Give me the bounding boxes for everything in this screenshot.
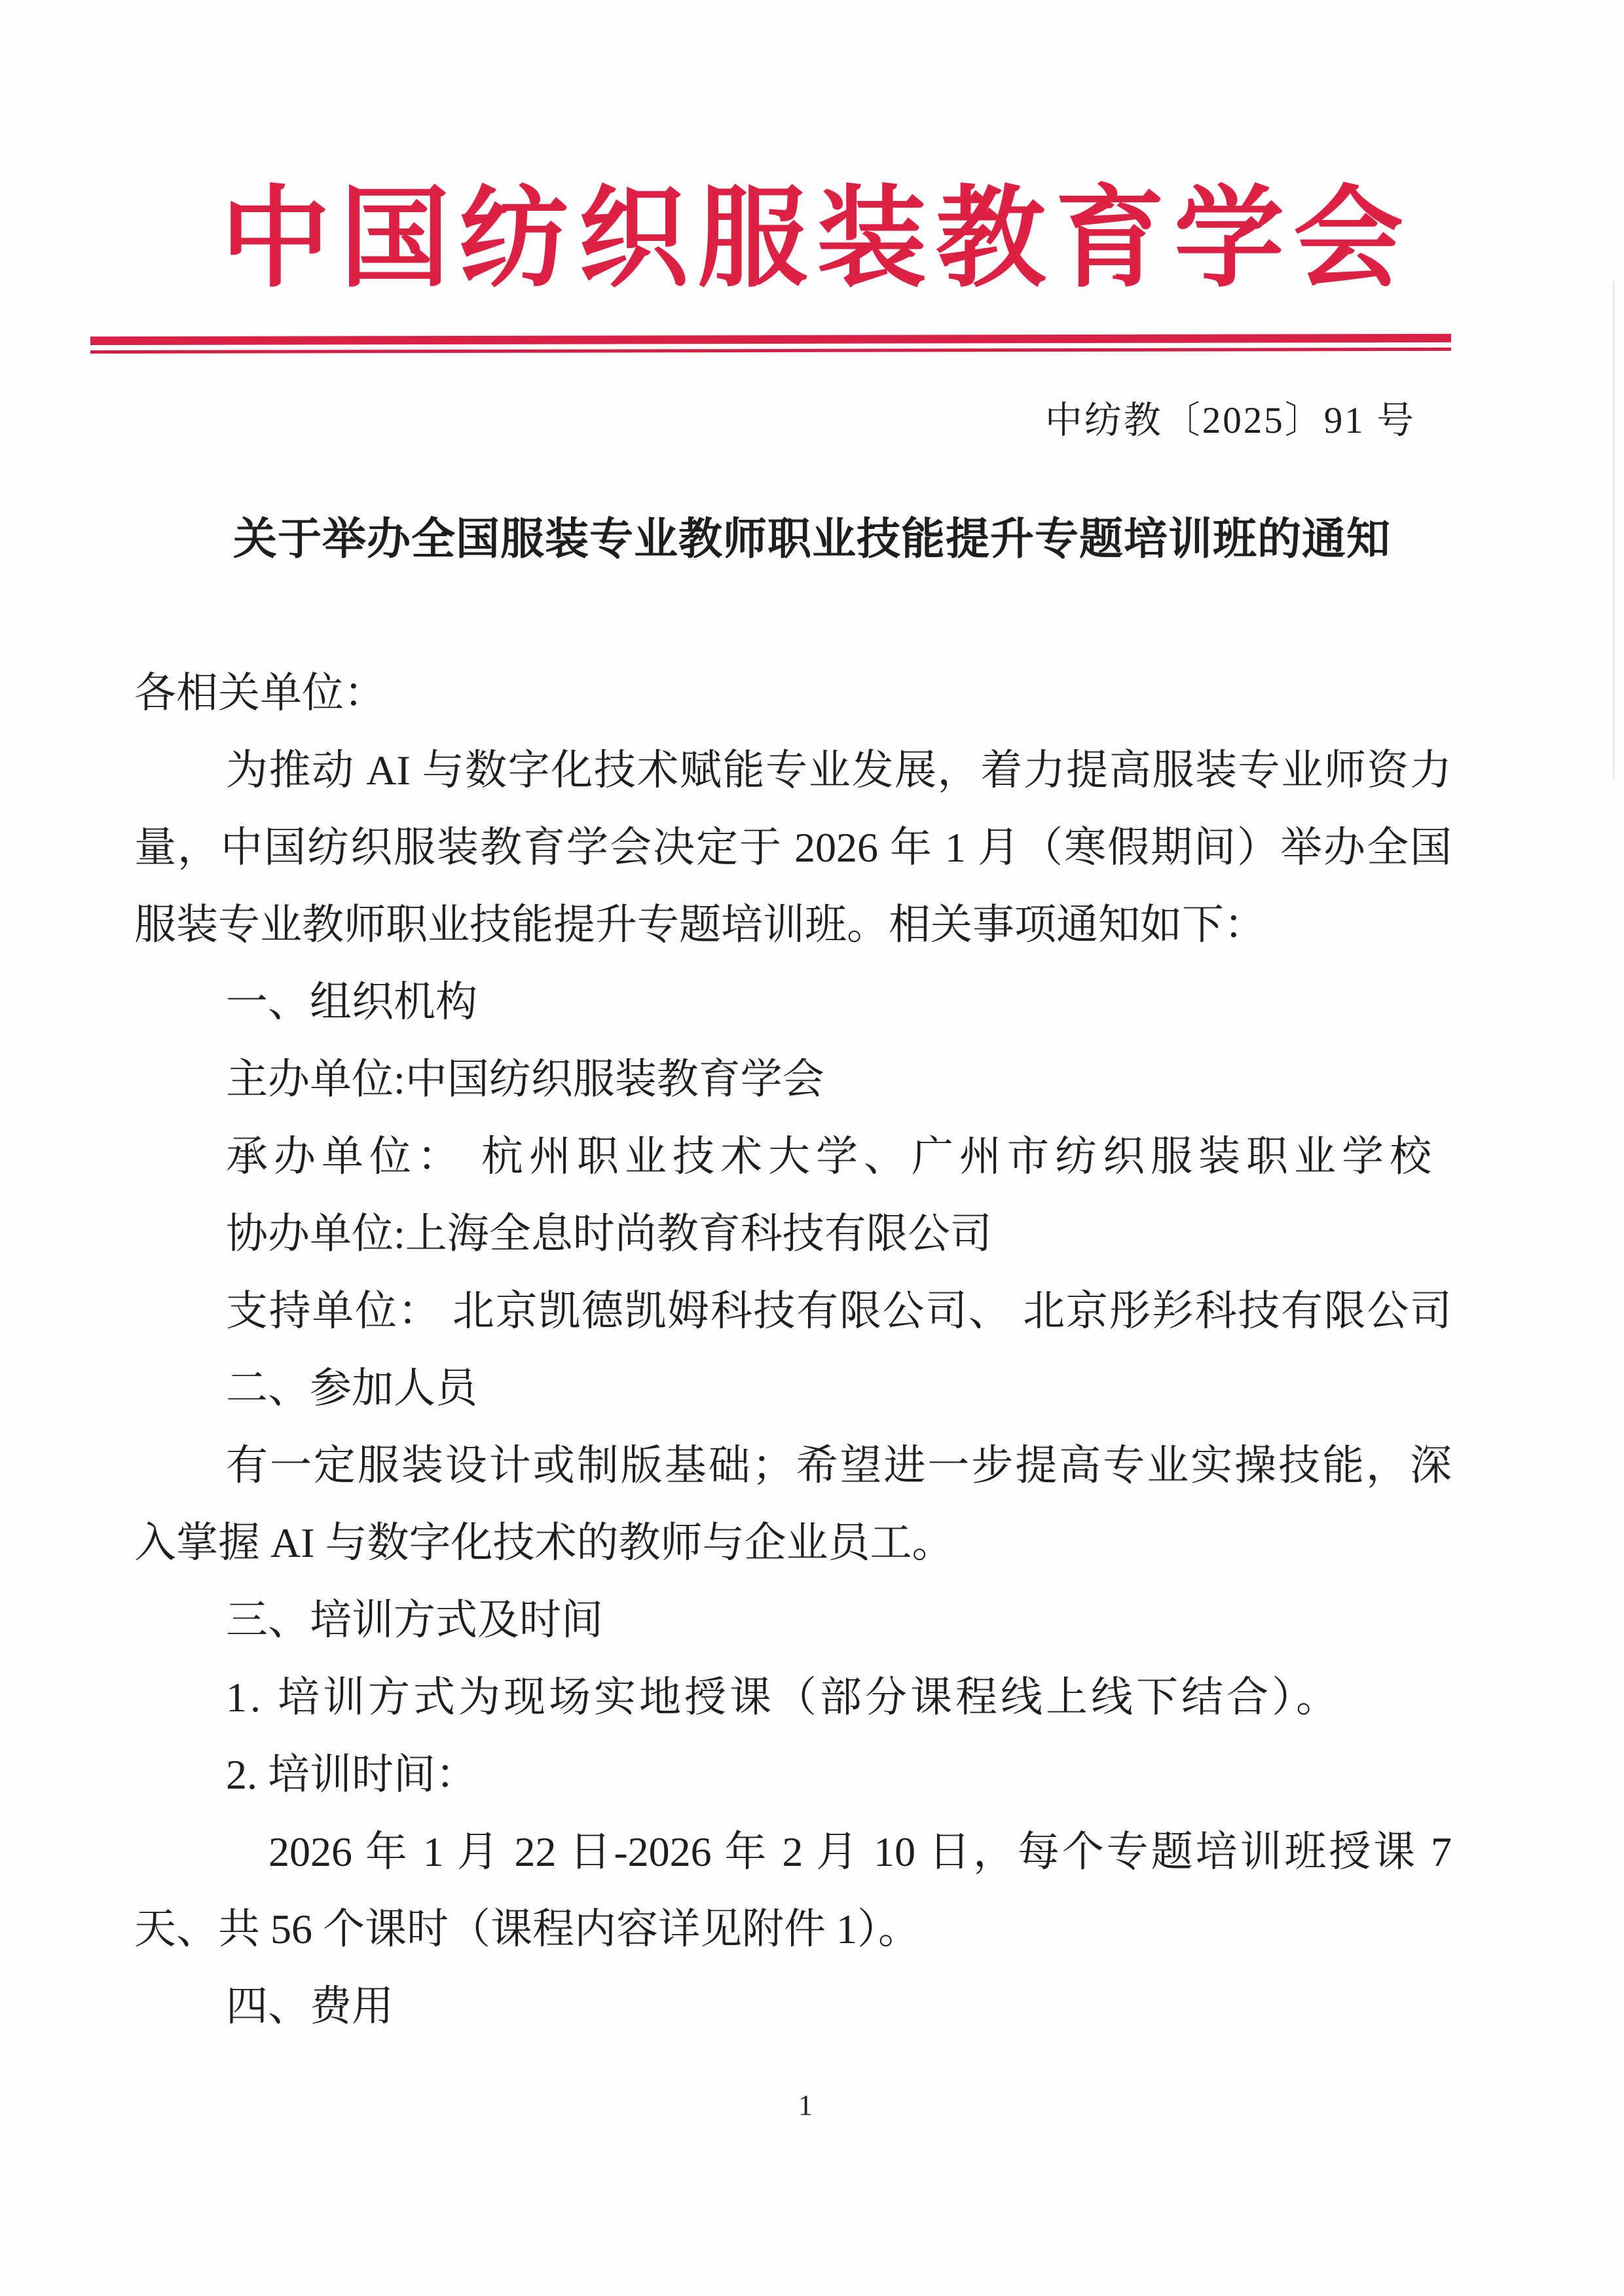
participants-line-2: 入掌握 AI 与数字化技术的教师与企业员工。 — [134, 1504, 1452, 1582]
notice-title: 关于举办全国服装专业教师职业技能提升专题培训班的通知 — [0, 504, 1624, 567]
scan-edge-artifact — [1613, 282, 1615, 779]
page-number: 1 — [0, 2088, 1611, 2122]
organizer-unit-line: 承办单位： 杭州职业技术大学、广州市纺织服装职业学校 — [134, 1118, 1452, 1195]
section-heading-2: 二、参加人员 — [134, 1350, 1452, 1427]
section-heading-4: 四、费用 — [134, 1968, 1452, 2045]
co-organizer-unit-line: 协办单位:上海全息时尚教育科技有限公司 — [134, 1195, 1452, 1273]
training-time-item: 2. 培训时间： — [134, 1736, 1452, 1813]
document-number: 中纺教〔2025〕91 号 — [1045, 390, 1416, 444]
intro-paragraph-line-2: 量，中国纺织服装教育学会决定于 2026 年 1 月（寒假期间）举办全国 — [134, 809, 1452, 886]
salutation-line: 各相关单位： — [134, 655, 1452, 732]
intro-paragraph-line-3: 服装专业教师职业技能提升专题培训班。相关事项通知如下： — [134, 886, 1452, 964]
host-unit-line: 主办单位:中国纺织服装教育学会 — [134, 1041, 1452, 1118]
section-heading-1: 一、组织机构 — [134, 964, 1452, 1041]
support-unit-line: 支持单位： 北京凯德凯姆科技有限公司、 北京彤羏科技有限公司 — [134, 1273, 1452, 1350]
notice-body: 各相关单位： 为推动 AI 与数字化技术赋能专业发展，着力提高服装专业师资力 量… — [134, 655, 1452, 2045]
letterhead-org-title: 中国纺织服装教育学会 — [0, 151, 1624, 308]
intro-paragraph-line-1: 为推动 AI 与数字化技术赋能专业发展，着力提高服装专业师资力 — [134, 732, 1452, 809]
participants-line-1: 有一定服装设计或制版基础；希望进一步提高专业实操技能，深 — [134, 1427, 1452, 1504]
section-heading-3: 三、培训方式及时间 — [134, 1582, 1452, 1659]
training-date-line-1: 2026 年 1 月 22 日-2026 年 2 月 10 日，每个专题培训班授… — [134, 1813, 1452, 1891]
letterhead-red-rule — [90, 334, 1451, 354]
scanned-notice-page: 中国纺织服装教育学会 中纺教〔2025〕91 号 关于举办全国服装专业教师职业技… — [0, 0, 1624, 2296]
training-method-item: 1. 培训方式为现场实地授课（部分课程线上线下结合）。 — [134, 1659, 1452, 1736]
training-date-line-2: 天、共 56 个课时（课程内容详见附件 1）。 — [134, 1891, 1452, 1968]
